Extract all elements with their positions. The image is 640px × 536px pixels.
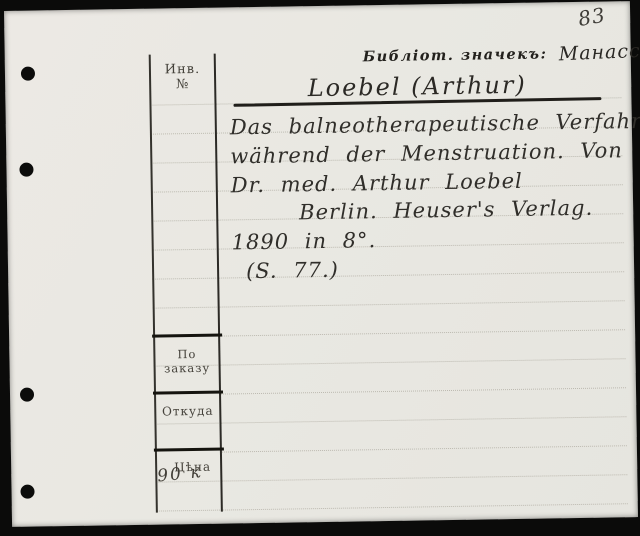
- catalog-entry-line: während der Menstruation. Von: [230, 138, 623, 168]
- catalog-entry-line: Berlin. Heuser's Verlag.: [299, 196, 593, 225]
- ruled-line: [153, 300, 625, 308]
- ruled-line: [221, 387, 626, 394]
- ruled-lines-layer: [4, 1, 630, 11]
- punch-hole: [21, 66, 35, 80]
- catalog-entry-line: (S. 77.): [246, 258, 339, 283]
- ruled-line: [152, 271, 624, 279]
- ruled-line: [155, 474, 627, 482]
- catalog-entry-line: Dr. med. Arthur Loebel: [231, 169, 523, 198]
- sidebar-column: [149, 54, 223, 513]
- inventory-label-line1: Инв.: [149, 62, 216, 78]
- ruled-line: [156, 503, 628, 511]
- ruled-line: [154, 416, 626, 424]
- page-number-handwritten: 83: [576, 3, 607, 31]
- stamp-handwritten-number: Манасс 10262.: [558, 37, 640, 66]
- punch-hole: [19, 163, 33, 177]
- catalog-entry-line: 1890 in 8°.: [231, 228, 376, 254]
- ruled-line: [152, 242, 624, 250]
- punch-hole: [20, 485, 34, 499]
- ruled-line: [222, 445, 627, 452]
- scanned-page: { "card": { "corner_number": "83", "stam…: [0, 0, 640, 536]
- catalog-entry-line: Das balneotherapeutische Verfahren: [230, 109, 640, 140]
- stamp-printed-text: Библіот. значекъ:: [363, 45, 548, 65]
- order-label: По заказу: [153, 347, 220, 376]
- ruled-line: [220, 329, 625, 336]
- library-stamp: Библіот. значекъ: Манасс 10262.: [363, 39, 640, 67]
- inventory-label: Инв. №: [149, 62, 216, 93]
- ruled-line: [154, 358, 626, 366]
- origin-label: Откуда: [154, 404, 221, 419]
- punch-hole: [20, 388, 34, 402]
- inventory-label-line2: №: [149, 77, 216, 93]
- catalog-card: 83 Библіот. значекъ: Манасс 10262. Loebe…: [4, 1, 638, 527]
